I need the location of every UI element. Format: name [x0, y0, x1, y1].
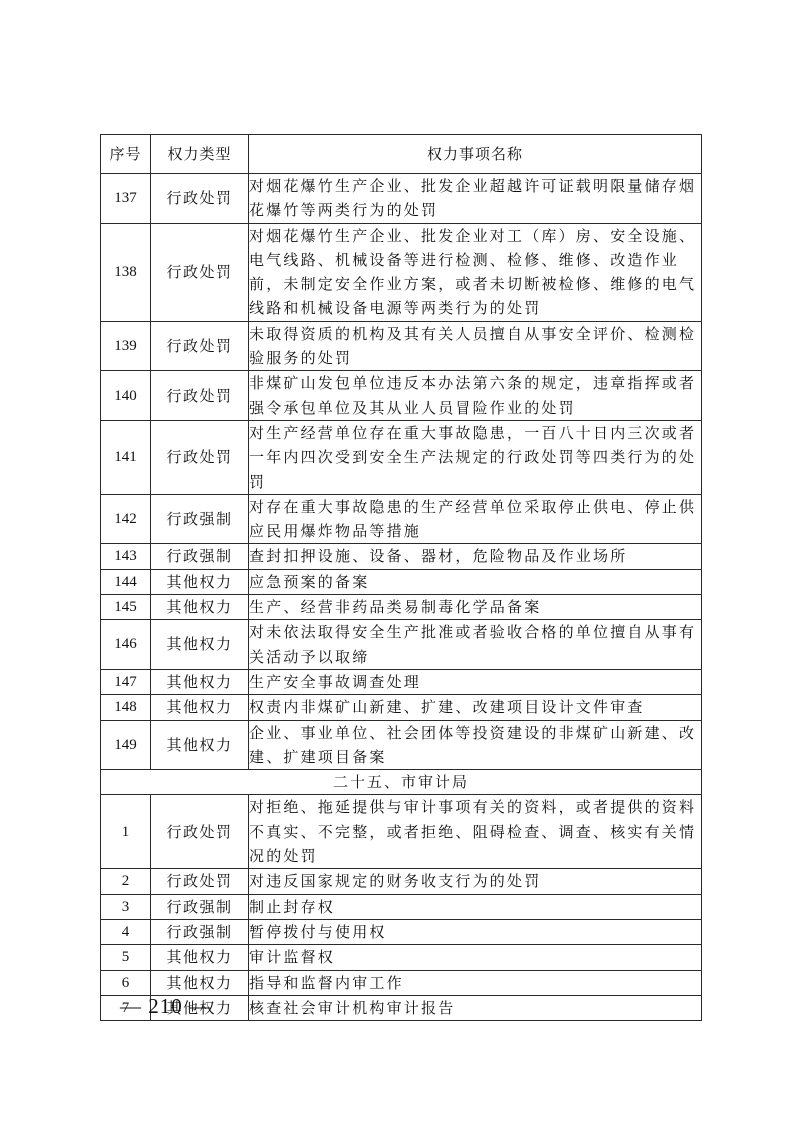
row-number: 140	[101, 371, 151, 421]
power-list-table: 序号 权力类型 权力事项名称 137行政处罚对烟花爆竹生产企业、批发企业超越许可…	[100, 134, 702, 1021]
table-row: 142行政强制对存在重大事故隐患的生产经营单位采取停止供电、停止供应民用爆炸物品…	[101, 494, 702, 544]
row-number: 145	[101, 595, 151, 620]
power-type: 行政强制	[151, 919, 249, 944]
header-type: 权力类型	[151, 135, 249, 174]
table-row: 146其他权力对未依法取得安全生产批准或者验收合格的单位擅自从事有关活动予以取缔	[101, 620, 702, 670]
row-number: 149	[101, 720, 151, 770]
row-number: 3	[101, 894, 151, 919]
power-item-name: 核查社会审计机构审计报告	[249, 995, 702, 1020]
table-row: 139行政处罚未取得资质的机构及其有关人员擅自从事安全评价、检测检验服务的处罚	[101, 321, 702, 371]
table-header-row: 序号 权力类型 权力事项名称	[101, 135, 702, 174]
row-number: 1	[101, 795, 151, 869]
table-row: 147其他权力生产安全事故调查处理	[101, 669, 702, 694]
row-number: 5	[101, 945, 151, 970]
row-number: 139	[101, 321, 151, 371]
power-item-name: 对拒绝、拖延提供与审计事项有关的资料，或者提供的资料不真实、不完整，或者拒绝、阻…	[249, 795, 702, 869]
table-row: 144其他权力应急预案的备案	[101, 569, 702, 594]
table-row: 3行政强制制止封存权	[101, 894, 702, 919]
document-page: 序号 权力类型 权力事项名称 137行政处罚对烟花爆竹生产企业、批发企业超越许可…	[0, 0, 793, 1122]
section-title: 二十五、市审计局	[101, 770, 702, 795]
power-item-name: 非煤矿山发包单位违反本办法第六条的规定，违章指挥或者强令承包单位及其从业人员冒险…	[249, 371, 702, 421]
table-row: 149其他权力企业、事业单位、社会团体等投资建设的非煤矿山新建、改建、扩建项目备…	[101, 720, 702, 770]
table-row: 137行政处罚对烟花爆竹生产企业、批发企业超越许可证载明限量储存烟花爆竹等两类行…	[101, 174, 702, 224]
row-number: 6	[101, 970, 151, 995]
row-number: 142	[101, 494, 151, 544]
power-type: 行政处罚	[151, 321, 249, 371]
table-row: 148其他权力权责内非煤矿山新建、扩建、改建项目设计文件审查	[101, 695, 702, 720]
power-type: 行政强制	[151, 544, 249, 569]
power-item-name: 暂停拨付与使用权	[249, 919, 702, 944]
power-item-name: 应急预案的备案	[249, 569, 702, 594]
row-number: 143	[101, 544, 151, 569]
table-row: 141行政处罚对生产经营单位存在重大事故隐患，一百八十日内三次或者一年内四次受到…	[101, 420, 702, 494]
row-number: 138	[101, 223, 151, 321]
row-number: 147	[101, 669, 151, 694]
table-row: 2行政处罚对违反国家规定的财务收支行为的处罚	[101, 869, 702, 894]
row-number: 137	[101, 174, 151, 224]
power-item-name: 制止封存权	[249, 894, 702, 919]
power-type: 其他权力	[151, 970, 249, 995]
power-type: 行政处罚	[151, 174, 249, 224]
row-number: 4	[101, 919, 151, 944]
power-item-name: 对生产经营单位存在重大事故隐患，一百八十日内三次或者一年内四次受到安全生产法规定…	[249, 420, 702, 494]
power-item-name: 企业、事业单位、社会团体等投资建设的非煤矿山新建、改建、扩建项目备案	[249, 720, 702, 770]
power-type: 行政处罚	[151, 223, 249, 321]
table-row: 4行政强制暂停拨付与使用权	[101, 919, 702, 944]
power-type: 其他权力	[151, 669, 249, 694]
table-row: 6其他权力指导和监督内审工作	[101, 970, 702, 995]
power-item-name: 指导和监督内审工作	[249, 970, 702, 995]
row-number: 141	[101, 420, 151, 494]
power-item-name: 对存在重大事故隐患的生产经营单位采取停止供电、停止供应民用爆炸物品等措施	[249, 494, 702, 544]
table-body-safety-bureau: 137行政处罚对烟花爆竹生产企业、批发企业超越许可证载明限量储存烟花爆竹等两类行…	[101, 174, 702, 770]
table-row: 1行政处罚对拒绝、拖延提供与审计事项有关的资料，或者提供的资料不真实、不完整，或…	[101, 795, 702, 869]
power-type: 行政强制	[151, 494, 249, 544]
power-item-name: 对烟花爆竹生产企业、批发企业超越许可证载明限量储存烟花爆竹等两类行为的处罚	[249, 174, 702, 224]
power-type: 行政处罚	[151, 795, 249, 869]
power-item-name: 生产安全事故调查处理	[249, 669, 702, 694]
power-type: 其他权力	[151, 595, 249, 620]
section-row: 二十五、市审计局	[101, 770, 702, 795]
power-item-name: 权责内非煤矿山新建、扩建、改建项目设计文件审查	[249, 695, 702, 720]
power-item-name: 生产、经营非药品类易制毒化学品备案	[249, 595, 702, 620]
power-item-name: 查封扣押设施、设备、器材，危险物品及作业场所	[249, 544, 702, 569]
header-name: 权力事项名称	[249, 135, 702, 174]
power-type: 行政处罚	[151, 869, 249, 894]
row-number: 144	[101, 569, 151, 594]
power-item-name: 未取得资质的机构及其有关人员擅自从事安全评价、检测检验服务的处罚	[249, 321, 702, 371]
power-type: 其他权力	[151, 569, 249, 594]
table-row: 138行政处罚对烟花爆竹生产企业、批发企业对工（库）房、安全设施、电气线路、机械…	[101, 223, 702, 321]
table-row: 140行政处罚非煤矿山发包单位违反本办法第六条的规定，违章指挥或者强令承包单位及…	[101, 371, 702, 421]
power-type: 行政处罚	[151, 371, 249, 421]
table-body-audit-bureau: 1行政处罚对拒绝、拖延提供与审计事项有关的资料，或者提供的资料不真实、不完整，或…	[101, 795, 702, 1021]
table-section-header: 二十五、市审计局	[101, 770, 702, 795]
header-no: 序号	[101, 135, 151, 174]
page-number: — 210 —	[120, 994, 211, 1019]
power-item-name: 对违反国家规定的财务收支行为的处罚	[249, 869, 702, 894]
power-type: 其他权力	[151, 620, 249, 670]
power-type: 其他权力	[151, 695, 249, 720]
table-row: 5其他权力审计监督权	[101, 945, 702, 970]
row-number: 148	[101, 695, 151, 720]
power-item-name: 审计监督权	[249, 945, 702, 970]
power-item-name: 对烟花爆竹生产企业、批发企业对工（库）房、安全设施、电气线路、机械设备等进行检测…	[249, 223, 702, 321]
row-number: 146	[101, 620, 151, 670]
table-row: 143行政强制查封扣押设施、设备、器材，危险物品及作业场所	[101, 544, 702, 569]
row-number: 2	[101, 869, 151, 894]
power-type: 行政强制	[151, 894, 249, 919]
table-row: 145其他权力生产、经营非药品类易制毒化学品备案	[101, 595, 702, 620]
power-item-name: 对未依法取得安全生产批准或者验收合格的单位擅自从事有关活动予以取缔	[249, 620, 702, 670]
power-type: 行政处罚	[151, 420, 249, 494]
power-type: 其他权力	[151, 945, 249, 970]
power-type: 其他权力	[151, 720, 249, 770]
